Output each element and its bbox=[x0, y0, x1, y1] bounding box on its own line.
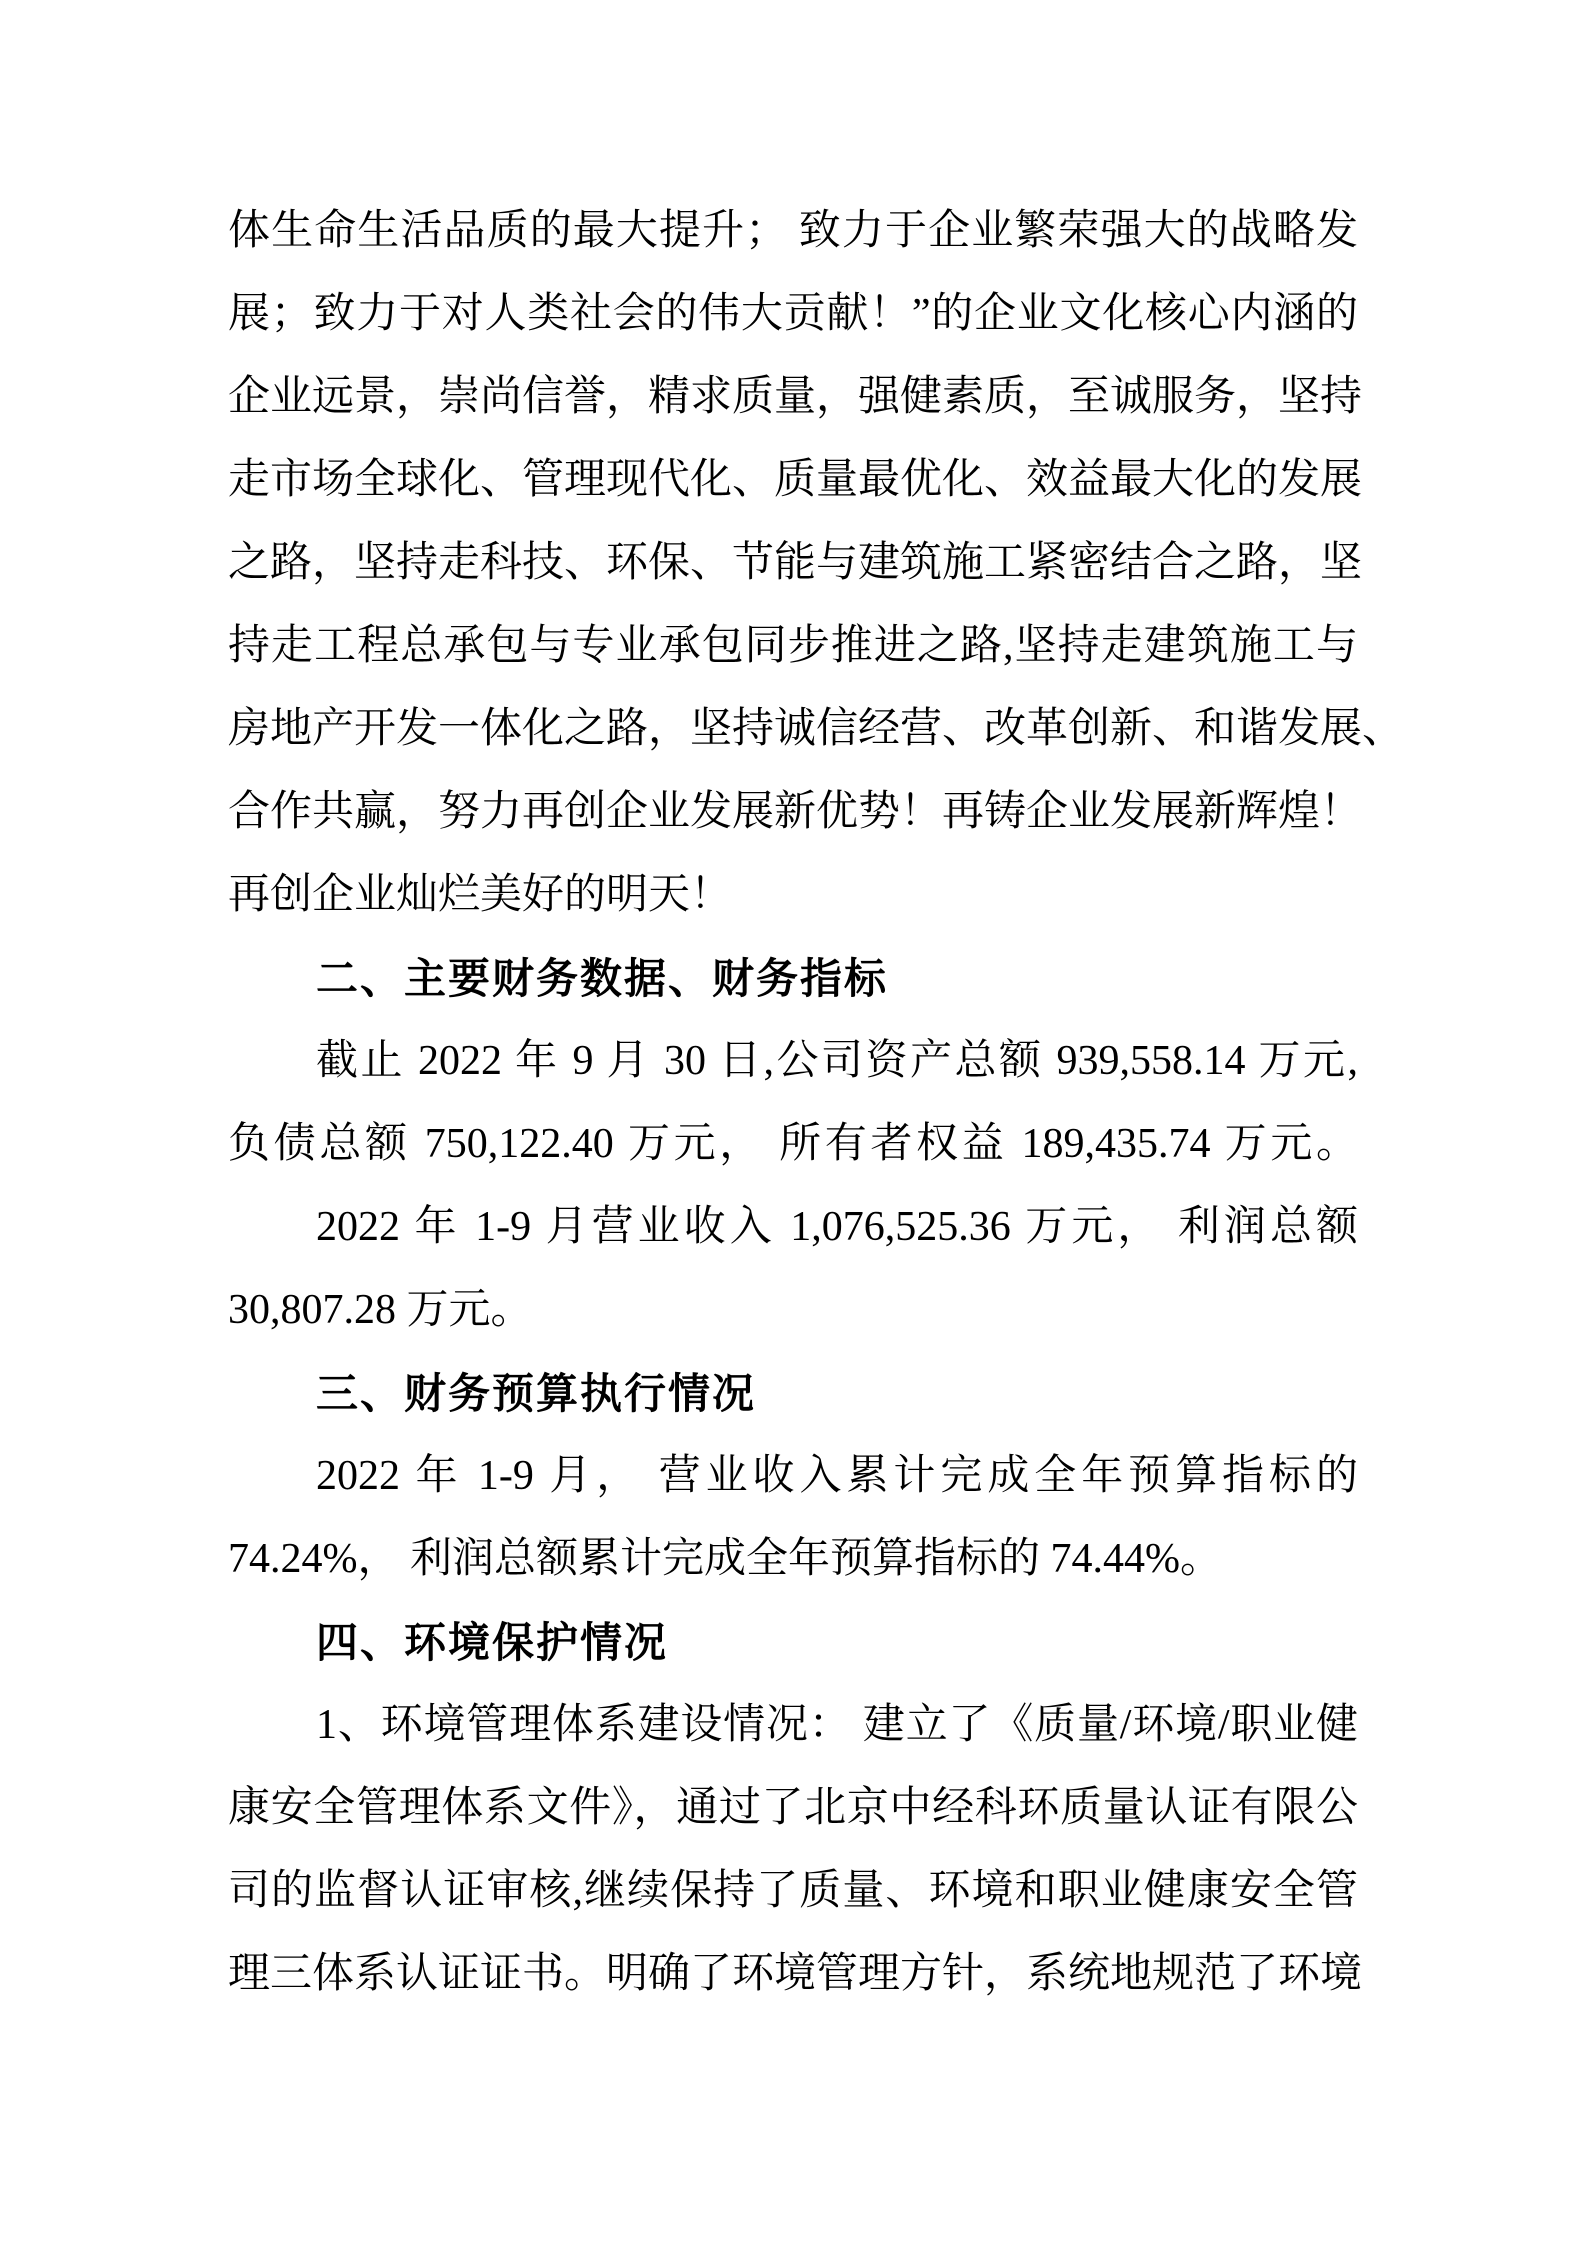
section-heading: 四、环境保护情况 bbox=[228, 1601, 1358, 1684]
document-page: 体生命生活品质的最大提升； 致力于企业繁荣强大的战略发展；致力于对人类社会的伟大… bbox=[0, 0, 1587, 2245]
section-heading: 二、主要财务数据、财务指标 bbox=[228, 937, 1358, 1020]
body-line: 截止 2022 年 9 月 30 日,公司资产总额 939,558.14 万元, bbox=[228, 1020, 1358, 1103]
body-line: 74.24%， 利润总额累计完成全年预算指标的 74.44%。 bbox=[228, 1518, 1358, 1601]
body-line: 负债总额 750,122.40 万元， 所有者权益 189,435.74 万元。 bbox=[228, 1103, 1358, 1186]
body-line: 理三体系认证证书。明确了环境管理方针，系统地规范了环境 bbox=[228, 1933, 1358, 2016]
body-line: 走市场全球化、管理现代化、质量最优化、效益最大化的发展 bbox=[228, 439, 1358, 522]
body-line: 司的监督认证审核,继续保持了质量、环境和职业健康安全管 bbox=[228, 1850, 1358, 1933]
body-line: 企业远景，崇尚信誉，精求质量，强健素质，至诚服务，坚持 bbox=[228, 356, 1358, 439]
body-line: 1、环境管理体系建设情况： 建立了《质量/环境/职业健 bbox=[228, 1684, 1358, 1767]
section-heading: 三、财务预算执行情况 bbox=[228, 1352, 1358, 1435]
text-column: 体生命生活品质的最大提升； 致力于企业繁荣强大的战略发展；致力于对人类社会的伟大… bbox=[228, 190, 1358, 2016]
body-line: 康安全管理体系文件》，通过了北京中经科环质量认证有限公 bbox=[228, 1767, 1358, 1850]
body-line: 30,807.28 万元。 bbox=[228, 1269, 1358, 1352]
body-line: 2022 年 1-9 月， 营业收入累计完成全年预算指标的 bbox=[228, 1435, 1358, 1518]
body-line: 持走工程总承包与专业承包同步推进之路,坚持走建筑施工与 bbox=[228, 605, 1358, 688]
body-line: 房地产开发一体化之路，坚持诚信经营、改革创新、和谐发展、 bbox=[228, 688, 1358, 771]
body-line: 2022 年 1-9 月营业收入 1,076,525.36 万元， 利润总额 bbox=[228, 1186, 1358, 1269]
body-line: 再创企业灿烂美好的明天！ bbox=[228, 854, 1358, 937]
body-line: 之路，坚持走科技、环保、节能与建筑施工紧密结合之路，坚 bbox=[228, 522, 1358, 605]
body-line: 展；致力于对人类社会的伟大贡献！”的企业文化核心内涵的 bbox=[228, 273, 1358, 356]
body-line: 体生命生活品质的最大提升； 致力于企业繁荣强大的战略发 bbox=[228, 190, 1358, 273]
body-line: 合作共赢，努力再创企业发展新优势！再铸企业发展新辉煌！ bbox=[228, 771, 1358, 854]
